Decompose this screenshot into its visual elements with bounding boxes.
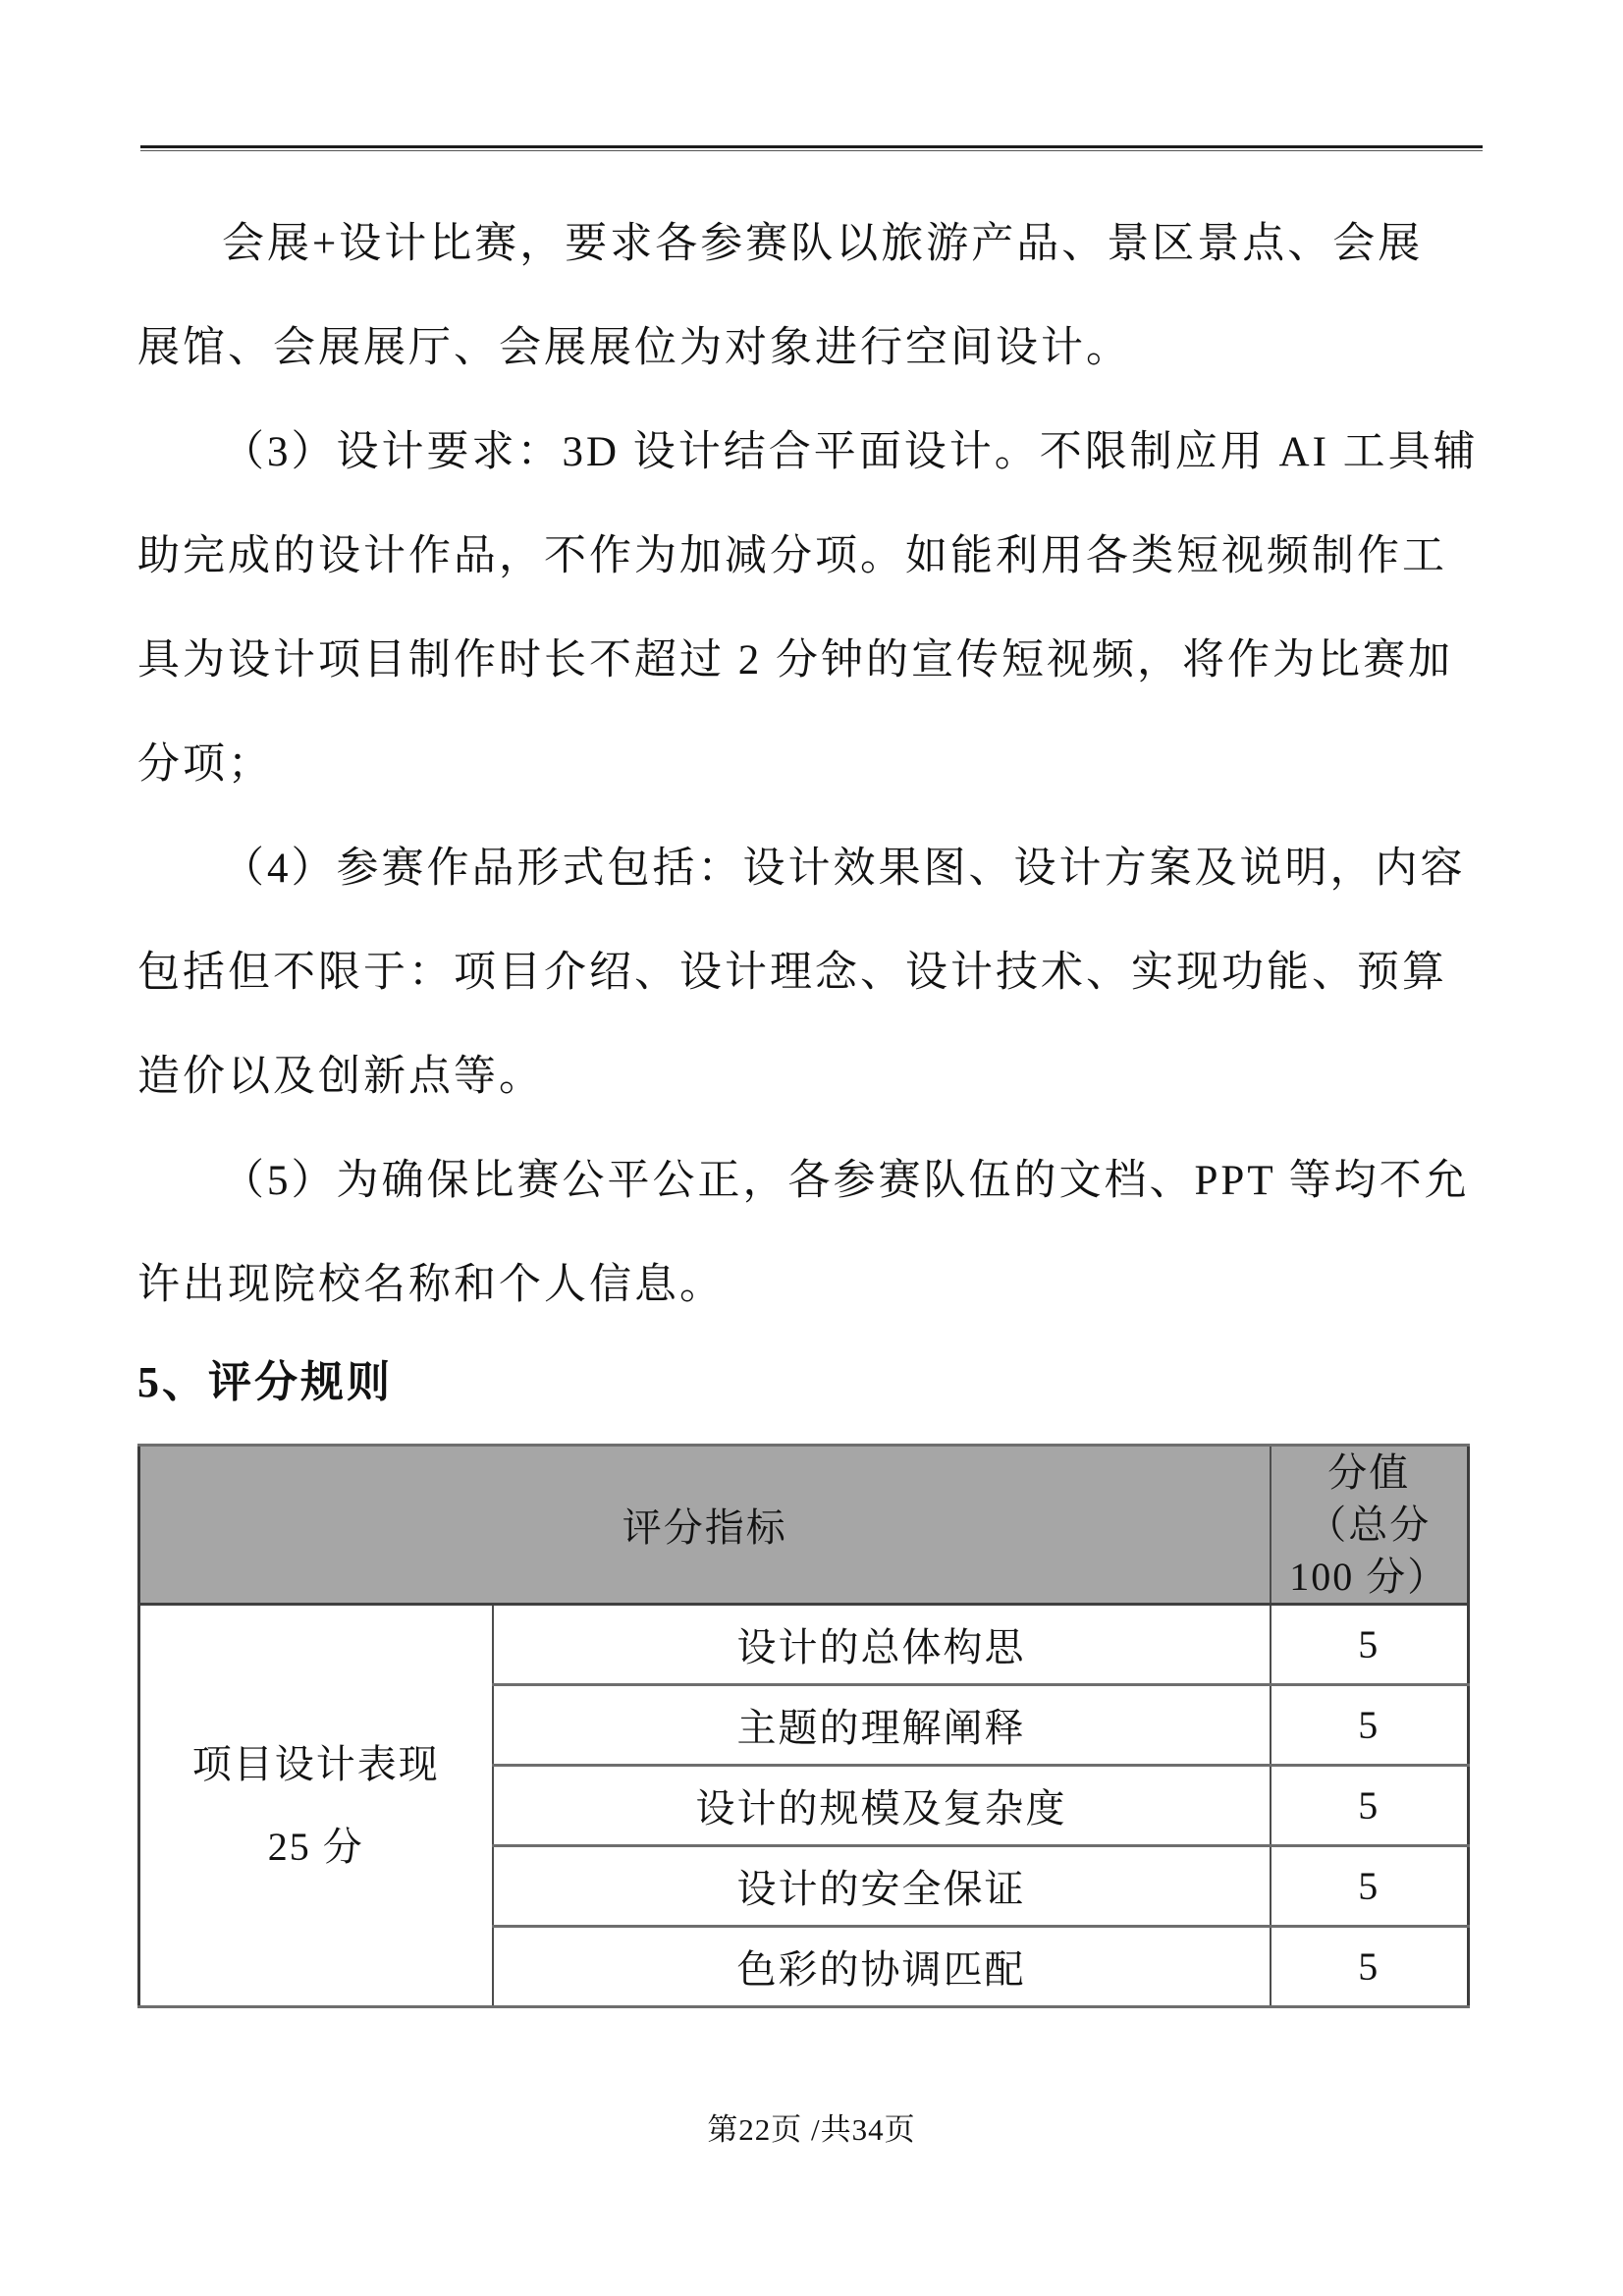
body-paragraph-3: （4）参赛作品形式包括：设计效果图、设计方案及说明，内容 包括但不限于：项目介绍… — [137, 817, 1510, 1129]
page-footer: 第22页 /共34页 — [0, 2109, 1623, 2151]
scoring-table: 评分指标 分值 （总分 100 分） 项目设计表现 25 分 设计的总体构思 5… — [137, 1444, 1470, 2008]
body-paragraph-2: （3）设计要求：3D 设计结合平面设计。不限制应用 AI 工具辅 助完成的设计作… — [137, 401, 1510, 817]
category-cell: 项目设计表现 25 分 — [139, 1605, 493, 2007]
header-rule — [140, 145, 1483, 151]
table-row: 项目设计表现 25 分 设计的总体构思 5 — [139, 1605, 1469, 1685]
table-header-row: 评分指标 分值 （总分 100 分） — [139, 1446, 1469, 1605]
body-paragraph-4: （5）为确保比赛公平公正，各参赛队伍的文档、PPT 等均不允 许出现院校名称和个… — [137, 1129, 1510, 1338]
table-header-criteria: 评分指标 — [139, 1446, 1271, 1605]
content-area: 会展+设计比赛，要求各参赛队以旅游产品、景区景点、会展 展馆、会展展厅、会展展位… — [137, 192, 1510, 2008]
score-cell: 5 — [1271, 1846, 1469, 1927]
criterion-cell: 设计的安全保证 — [493, 1846, 1271, 1927]
criterion-cell: 设计的总体构思 — [493, 1605, 1271, 1685]
document-page: 会展+设计比赛，要求各参赛队以旅游产品、景区景点、会展 展馆、会展展厅、会展展位… — [0, 0, 1623, 2296]
body-paragraph-1: 会展+设计比赛，要求各参赛队以旅游产品、景区景点、会展 展馆、会展展厅、会展展位… — [137, 192, 1510, 401]
score-cell: 5 — [1271, 1927, 1469, 2007]
criterion-cell: 设计的规模及复杂度 — [493, 1766, 1271, 1846]
criterion-cell: 色彩的协调匹配 — [493, 1927, 1271, 2007]
score-cell: 5 — [1271, 1605, 1469, 1685]
score-cell: 5 — [1271, 1685, 1469, 1766]
section-heading: 5、评分规则 — [137, 1351, 1510, 1414]
score-cell: 5 — [1271, 1766, 1469, 1846]
table-header-score: 分值 （总分 100 分） — [1271, 1446, 1469, 1605]
criterion-cell: 主题的理解阐释 — [493, 1685, 1271, 1766]
